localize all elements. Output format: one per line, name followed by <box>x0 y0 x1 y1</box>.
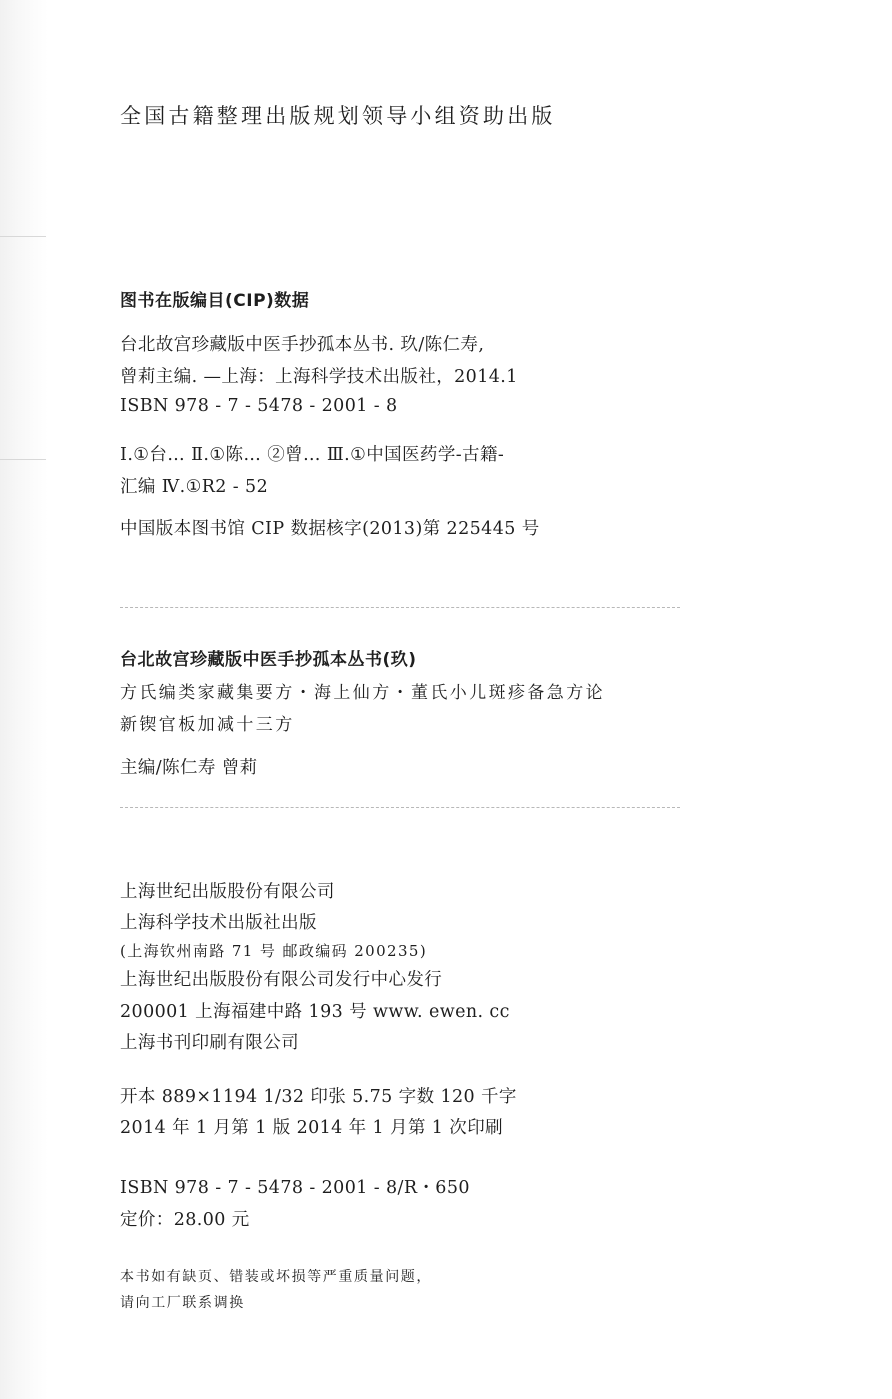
distributor-address: 200001 上海福建中路 193 号 www. ewen. cc <box>120 998 510 1023</box>
publisher-line: 上海世纪出版股份有限公司 <box>120 878 335 903</box>
dashed-divider <box>120 607 680 608</box>
format-specs: 开本 889×1194 1/32 印张 5.75 字数 120 千字 <box>120 1083 517 1108</box>
dashed-divider <box>120 807 680 808</box>
isbn-full: ISBN 978 - 7 - 5478 - 2001 - 8/R・650 <box>120 1174 470 1199</box>
cip-isbn: ISBN 978 - 7 - 5478 - 2001 - 8 <box>120 396 398 416</box>
book-subtitle: 方氏编类家藏集要方・海上仙方・董氏小儿斑疹备急方论 <box>120 678 605 703</box>
cip-classification: 汇编 Ⅳ.①R2 - 52 <box>120 473 268 498</box>
publisher-address: (上海钦州南路 71 号 邮政编码 200235) <box>120 940 427 961</box>
distributor-line: 上海世纪出版股份有限公司发行中心发行 <box>120 966 442 991</box>
book-title: 台北故宫珍藏版中医手抄孤本丛书(玖) <box>120 645 417 670</box>
book-subtitle: 新锲官板加减十三方 <box>120 710 295 735</box>
quality-notice: 本书如有缺页、错装或坏损等严重质量问题， <box>120 1266 432 1286</box>
cip-heading: 图书在版编目(CIP)数据 <box>120 286 309 311</box>
quality-notice: 请向工厂联系调换 <box>120 1292 245 1312</box>
book-editors: 主编/陈仁寿 曾莉 <box>120 754 258 779</box>
edge-mark <box>0 459 46 460</box>
edge-mark <box>0 236 46 237</box>
cip-record-number: 中国版本图书馆 CIP 数据核字(2013)第 225445 号 <box>120 515 540 540</box>
price: 定价：28.00 元 <box>120 1206 250 1231</box>
printer-line: 上海书刊印刷有限公司 <box>120 1029 299 1054</box>
cip-line: 台北故宫珍藏版中医手抄孤本丛书. 玖/陈仁寿, <box>120 331 484 356</box>
cip-classification: Ⅰ.①台… Ⅱ.①陈… ②曾… Ⅲ.①中国医药学-古籍- <box>120 441 504 466</box>
page-edge-shadow <box>0 0 48 1399</box>
edition-info: 2014 年 1 月第 1 版 2014 年 1 月第 1 次印刷 <box>120 1114 503 1139</box>
publisher-line: 上海科学技术出版社出版 <box>120 909 317 934</box>
cip-line: 曾莉主编. —上海：上海科学技术出版社，2014.1 <box>120 363 518 388</box>
sponsor-line: 全国古籍整理出版规划领导小组资助出版 <box>120 100 556 130</box>
